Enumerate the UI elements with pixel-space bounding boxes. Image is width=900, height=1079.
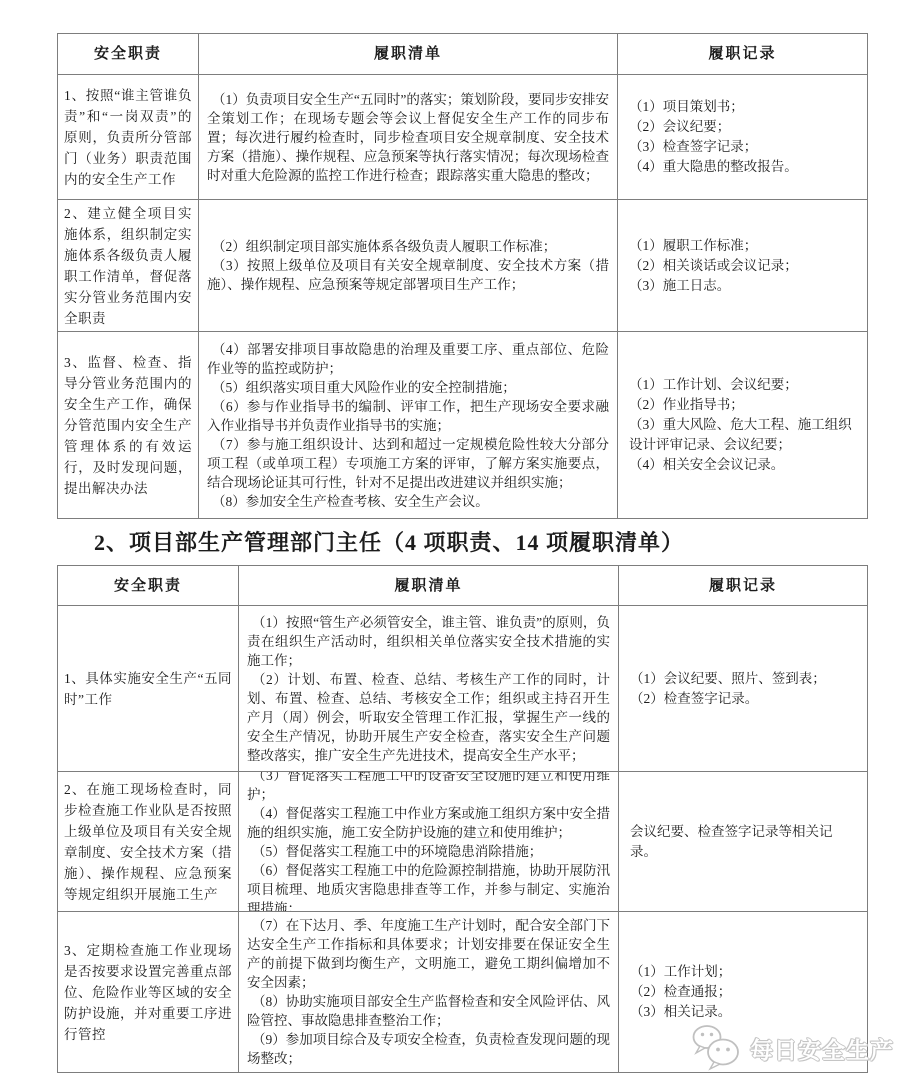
checklist-item: （6）督促落实工程施工中的危险源控制措施，协助开展防汛项目梳理、地质灾害隐患排查… [247,861,610,912]
records-cell: （1）履职工作标准；（2）相关谈话或会议记录；（3）施工日志。 [617,200,867,331]
column-header: 履职记录 [618,566,867,605]
checklist-item: （6）参与作业指导书的编制、评审工作，把生产现场安全要求融入作业指导书并负责作业… [207,397,609,435]
checklist-item: （7）参与施工组织设计、达到和超过一定规模危险性较大分部分项工程（或单项工程）专… [207,435,609,492]
record-item: （2）检查签字记录。 [630,689,859,709]
record-item: （1）会议纪要、照片、签到表； [630,669,859,689]
records-cell: （1）项目策划书；（2）会议纪要；（3）检查签字记录；（4）重大隐患的整改报告。 [617,75,867,199]
checklist-item: （2）计划、布置、检查、总结、考核生产工作的同时，计划、布置、检查、总结、考核安… [247,670,610,765]
record-item: （1）工作计划、会议纪要； [629,375,859,395]
column-header-label: 履职清单 [374,45,442,63]
checklist-item: （4）督促落实工程施工中作业方案或施工组织方案中安全措施的组织实施，施工安全防护… [247,804,610,842]
table-row: 1、按照“谁主管谁负责”和“一岗双责”的原则，负责所分管部门（业务）职责范围内的… [58,74,867,199]
checklist-item: （8）协助实施项目部安全生产监督检查和安全风险评估、风险管控、事故隐患排查整治工… [247,992,610,1030]
records-cell: （1）工作计划；（2）检查通报；（3）相关记录。 [618,912,867,1072]
checklist-cell: （4）部署安排项目事故隐患的治理及重要工序、重点部位、危险作业等的监控或防护；（… [198,332,617,518]
duty-cell: 3、定期检查施工作业现场是否按要求设置完善重点部位、危险作业等区域的安全防护设施… [58,912,238,1072]
column-header-label: 安全职责 [94,45,162,63]
duty-cell: 2、在施工现场检查时，同步检查施工作业队是否按照上级单位及项目有关安全规章制度、… [58,772,238,911]
record-item: （1）履职工作标准； [629,236,859,256]
record-item: （1）工作计划； [630,962,859,982]
records-cell: 会议纪要、检查签字记录等相关记录。 [618,772,867,911]
duty-table-1: 安全职责履职清单履职记录1、按照“谁主管谁负责”和“一岗双责”的原则，负责所分管… [57,33,868,519]
record-item: （2）检查通报； [630,982,859,1002]
column-header: 安全职责 [58,34,198,74]
column-header-label: 安全职责 [114,577,182,595]
records-cell: （1）工作计划、会议纪要；（2）作业指导书；（3）重大风险、危大工程、施工组织设… [617,332,867,518]
checklist-item: （8）参加安全生产检查考核、安全生产会议。 [207,492,609,511]
table-row: 1、具体实施安全生产“五同时”工作（1）按照“管生产必须管安全，谁主管、谁负责”… [58,605,867,771]
column-header-label: 履职记录 [708,45,776,63]
record-item: 会议纪要、检查签字记录等相关记录。 [630,822,859,862]
record-item: （3）检查签字记录； [629,137,859,157]
record-item: （2）会议纪要； [629,117,859,137]
checklist-cell: （2）组织制定项目部实施体系各级负责人履职工作标准；（3）按照上级单位及项目有关… [198,200,617,331]
checklist-item: （3）督促落实工程施工中的设备安全设施的建立和使用维护； [247,772,610,804]
column-header-label: 履职记录 [709,577,777,595]
duty-text: 3、定期检查施工作业现场是否按要求设置完善重点部位、危险作业等区域的安全防护设施… [64,940,232,1045]
checklist-cell: （1）负责项目安全生产“五同时”的落实；策划阶段，要同步安排安全策划工作；在现场… [198,75,617,199]
duty-text: 2、建立健全项目实施体系，组织制定实施体系各级负责人履职工作清单，督促落实分管业… [64,203,192,329]
duty-table-2: 安全职责履职清单履职记录1、具体实施安全生产“五同时”工作（1）按照“管生产必须… [57,565,868,1073]
checklist-item: （7）在下达月、季、年度施工生产计划时，配合安全部门下达安全生产工作指标和具体要… [247,916,610,992]
checklist-item: （5）督促落实工程施工中的环境隐患消除措施； [247,842,610,861]
duty-cell: 3、监督、检查、指导分管业务范围内的安全生产工作，确保分管范围内安全生产管理体系… [58,332,198,518]
header-row: 安全职责履职清单履职记录 [58,34,867,74]
duty-text: 3、监督、检查、指导分管业务范围内的安全生产工作，确保分管范围内安全生产管理体系… [64,352,192,499]
document-page: 安全职责履职清单履职记录1、按照“谁主管谁负责”和“一岗双责”的原则，负责所分管… [0,0,900,1079]
record-item: （2）作业指导书； [629,395,859,415]
duty-cell: 2、建立健全项目实施体系，组织制定实施体系各级负责人履职工作清单，督促落实分管业… [58,200,198,331]
record-item: （3）相关记录。 [630,1002,859,1022]
column-header-label: 履职清单 [394,577,462,595]
checklist-item: （3）按照上级单位及项目有关安全规章制度、安全技术方案（措施）、操作规程、应急预… [207,256,609,294]
table-row: 2、在施工现场检查时，同步检查施工作业队是否按照上级单位及项目有关安全规章制度、… [58,771,867,911]
checklist-cell: （1）按照“管生产必须管安全，谁主管、谁负责”的原则，负责在组织生产活动时，组织… [238,606,618,771]
record-item: （3）施工日志。 [629,276,859,296]
record-item: （2）相关谈话或会议记录； [629,256,859,276]
table-row: 2、建立健全项目实施体系，组织制定实施体系各级负责人履职工作清单，督促落实分管业… [58,199,867,331]
record-item: （4）相关安全会议记录。 [629,455,859,475]
table-row: 3、定期检查施工作业现场是否按要求设置完善重点部位、危险作业等区域的安全防护设施… [58,911,867,1072]
checklist-item: （1）负责项目安全生产“五同时”的落实；策划阶段，要同步安排安全策划工作；在现场… [207,90,609,185]
checklist-cell: （7）在下达月、季、年度施工生产计划时，配合安全部门下达安全生产工作指标和具体要… [238,912,618,1072]
column-header: 履职清单 [198,34,617,74]
duty-text: 2、在施工现场检查时，同步检查施工作业队是否按照上级单位及项目有关安全规章制度、… [64,779,232,905]
section-heading: 2、项目部生产管理部门主任（4 项职责、14 项履职清单） [94,529,684,557]
header-row: 安全职责履职清单履职记录 [58,566,867,605]
column-header: 履职清单 [238,566,618,605]
duty-text: 1、具体实施安全生产“五同时”工作 [64,668,232,710]
column-header: 安全职责 [58,566,238,605]
duty-cell: 1、按照“谁主管谁负责”和“一岗双责”的原则，负责所分管部门（业务）职责范围内的… [58,75,198,199]
checklist-item: （2）组织制定项目部实施体系各级负责人履职工作标准； [207,237,609,256]
checklist-item: （9）参加项目综合及专项安全检查，负责检查发现问题的现场整改； [247,1030,610,1068]
checklist-cell: （3）督促落实工程施工中的设备安全设施的建立和使用维护；（4）督促落实工程施工中… [238,772,618,911]
checklist-item: （1）按照“管生产必须管安全，谁主管、谁负责”的原则，负责在组织生产活动时，组织… [247,613,610,670]
record-item: （1）项目策划书； [629,97,859,117]
duty-text: 1、按照“谁主管谁负责”和“一岗双责”的原则，负责所分管部门（业务）职责范围内的… [64,85,192,190]
table-row: 3、监督、检查、指导分管业务范围内的安全生产工作，确保分管范围内安全生产管理体系… [58,331,867,518]
checklist-item: （4）部署安排项目事故隐患的治理及重要工序、重点部位、危险作业等的监控或防护； [207,340,609,378]
duty-cell: 1、具体实施安全生产“五同时”工作 [58,606,238,771]
record-item: （3）重大风险、危大工程、施工组织设计评审记录、会议纪要； [629,415,859,455]
checklist-item: （5）组织落实项目重大风险作业的安全控制措施； [207,378,609,397]
column-header: 履职记录 [617,34,867,74]
record-item: （4）重大隐患的整改报告。 [629,157,859,177]
records-cell: （1）会议纪要、照片、签到表；（2）检查签字记录。 [618,606,867,771]
